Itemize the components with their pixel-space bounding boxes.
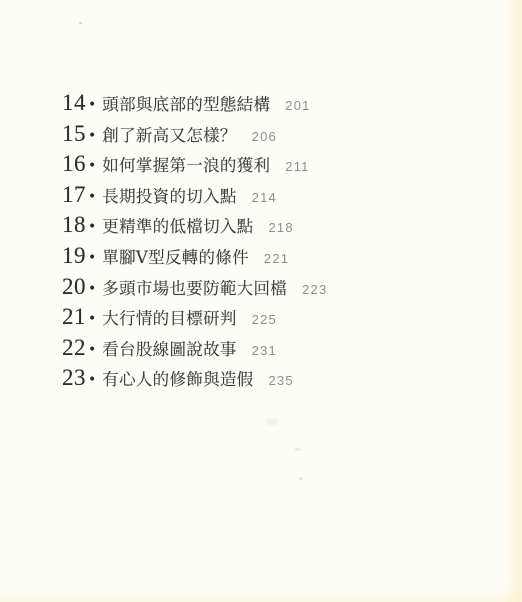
chapter-title: 大行情的目標研判: [102, 305, 236, 329]
chapter-title: 如何掌握第一浪的獲利: [102, 152, 270, 176]
page-number: 221: [264, 251, 289, 266]
page-edge-tint-bottom: [0, 588, 522, 602]
chapter-number: 16: [62, 151, 87, 177]
page-number: 225: [252, 312, 277, 327]
scan-speck: [294, 448, 301, 451]
scan-speck: [79, 22, 82, 24]
toc-entry: 23 • 有心人的修飾與造假 235: [62, 365, 327, 396]
page-number: 231: [252, 343, 277, 358]
book-page: 14 • 頭部與底部的型態結構 201 15 • 創了新高又怎樣？ 206 16…: [0, 0, 522, 602]
page-number: 218: [268, 220, 293, 235]
bullet-icon: •: [88, 372, 96, 388]
bullet-icon: •: [88, 158, 96, 174]
table-of-contents: 14 • 頭部與底部的型態結構 201 15 • 創了新高又怎樣？ 206 16…: [62, 90, 327, 396]
chapter-number: 22: [62, 335, 87, 361]
toc-entry: 16 • 如何掌握第一浪的獲利 211: [62, 151, 327, 182]
toc-entry: 20 • 多頭市場也要防範大回檔 223: [62, 274, 327, 305]
bullet-icon: •: [88, 250, 96, 266]
scan-speck: [266, 419, 278, 425]
chapter-title: 單腳V型反轉的條件: [102, 244, 249, 268]
page-number: 235: [268, 373, 293, 388]
bullet-icon: •: [88, 97, 96, 113]
bullet-icon: •: [88, 189, 96, 205]
toc-entry: 22 • 看台股線圖說故事 231: [62, 335, 327, 366]
page-number: 214: [252, 190, 277, 205]
page-edge-tint: [502, 0, 522, 602]
chapter-number: 23: [62, 365, 87, 391]
chapter-title: 看台股線圖說故事: [102, 336, 236, 360]
chapter-title: 創了新高又怎樣？: [102, 122, 236, 146]
page-number: 206: [252, 129, 277, 144]
bullet-icon: •: [88, 342, 96, 358]
chapter-number: 18: [62, 212, 87, 238]
bullet-icon: •: [88, 311, 96, 327]
chapter-title: 長期投資的切入點: [102, 183, 236, 207]
bullet-icon: •: [88, 219, 96, 235]
scan-speck: [299, 477, 303, 480]
bullet-icon: •: [88, 281, 96, 297]
chapter-number: 19: [62, 243, 87, 269]
page-number: 211: [285, 159, 309, 174]
toc-entry: 17 • 長期投資的切入點 214: [62, 182, 327, 213]
chapter-title: 更精準的低檔切入點: [102, 213, 253, 237]
page-number: 223: [302, 282, 327, 297]
chapter-number: 20: [62, 274, 87, 300]
chapter-number: 14: [62, 90, 87, 116]
chapter-title: 頭部與底部的型態結構: [102, 91, 270, 115]
toc-entry: 19 • 單腳V型反轉的條件 221: [62, 243, 327, 274]
chapter-number: 15: [62, 121, 87, 147]
chapter-number: 17: [62, 182, 87, 208]
chapter-title: 有心人的修飾與造假: [102, 366, 253, 390]
toc-entry: 21 • 大行情的目標研判 225: [62, 304, 327, 335]
chapter-title: 多頭市場也要防範大回檔: [102, 275, 287, 299]
toc-entry: 14 • 頭部與底部的型態結構 201: [62, 90, 327, 121]
chapter-number: 21: [62, 304, 87, 330]
bullet-icon: •: [88, 128, 96, 144]
toc-entry: 15 • 創了新高又怎樣？ 206: [62, 121, 327, 152]
toc-entry: 18 • 更精準的低檔切入點 218: [62, 212, 327, 243]
page-number: 201: [285, 98, 310, 113]
